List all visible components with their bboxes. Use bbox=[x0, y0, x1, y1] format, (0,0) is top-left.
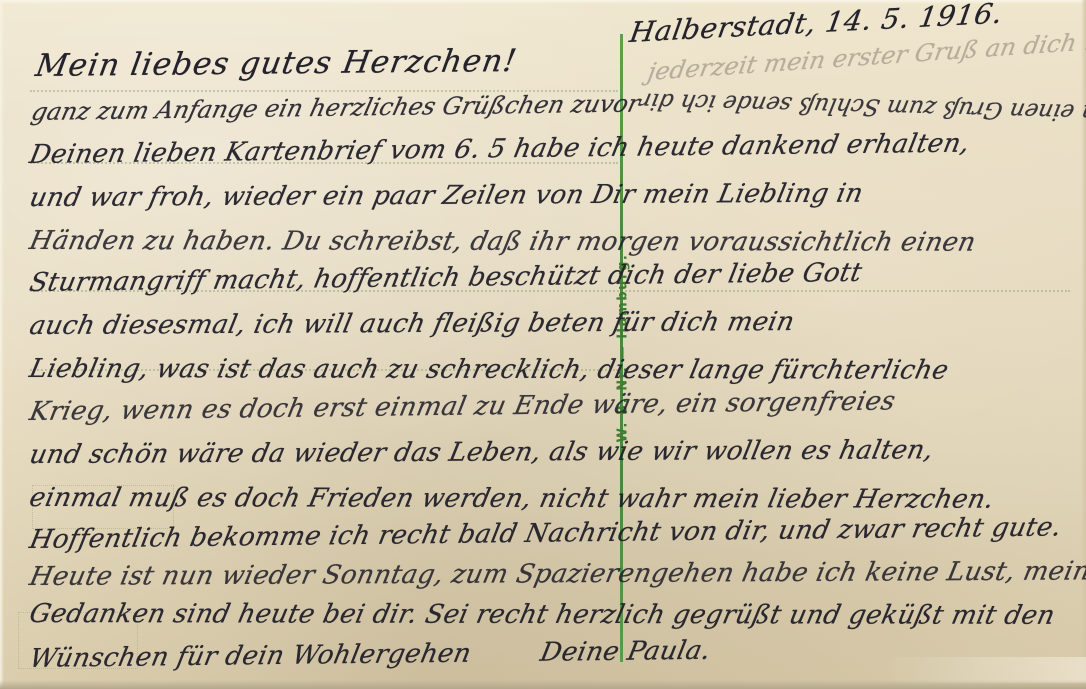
handwriting-line: Heute ist nun wieder Sonntag, zum Spazie… bbox=[27, 556, 1086, 592]
handwriting-line: Krieg, wenn es doch erst einmal zu Ende … bbox=[27, 386, 898, 427]
handwriting-line: auch diesesmal, ich will auch fleißig be… bbox=[27, 307, 797, 341]
handwriting-line: Gedanken sind heute bei dir. Sei recht h… bbox=[27, 599, 1058, 631]
handwriting-line: Deinen lieben Kartenbrief vom 6. 5 habe … bbox=[27, 129, 972, 170]
handwriting-line: und war froh, wieder ein paar Zeilen von… bbox=[27, 179, 866, 213]
handwriting-line: Händen zu haben. Du schreibst, daß ihr m… bbox=[27, 226, 979, 258]
handwriting-line: einmal muß es doch Frieden werden, nicht… bbox=[27, 483, 997, 515]
squeezed-handwriting-line: ganz zum Anfange ein herzliches Grüßchen… bbox=[29, 90, 643, 126]
handwriting-line: und schön wäre da wieder das Leben, als … bbox=[27, 435, 936, 470]
postcard-back: W. B. Nr. — Hamburg. Halberstadt, 14. 5.… bbox=[0, 0, 1086, 689]
handwriting-line: Hoffentlich bekomme ich recht bald Nachr… bbox=[27, 512, 1064, 555]
inverted-handwriting-line: noch einen Gruß zum Schluß sende ich dir bbox=[637, 88, 1086, 127]
greeting-line: Mein liebes gutes Herzchen! bbox=[33, 43, 520, 84]
handwriting-line: Liebling, was ist das auch zu schrecklic… bbox=[27, 354, 952, 386]
card-edge-left bbox=[0, 0, 4, 689]
card-edge-bottom bbox=[0, 680, 1086, 689]
